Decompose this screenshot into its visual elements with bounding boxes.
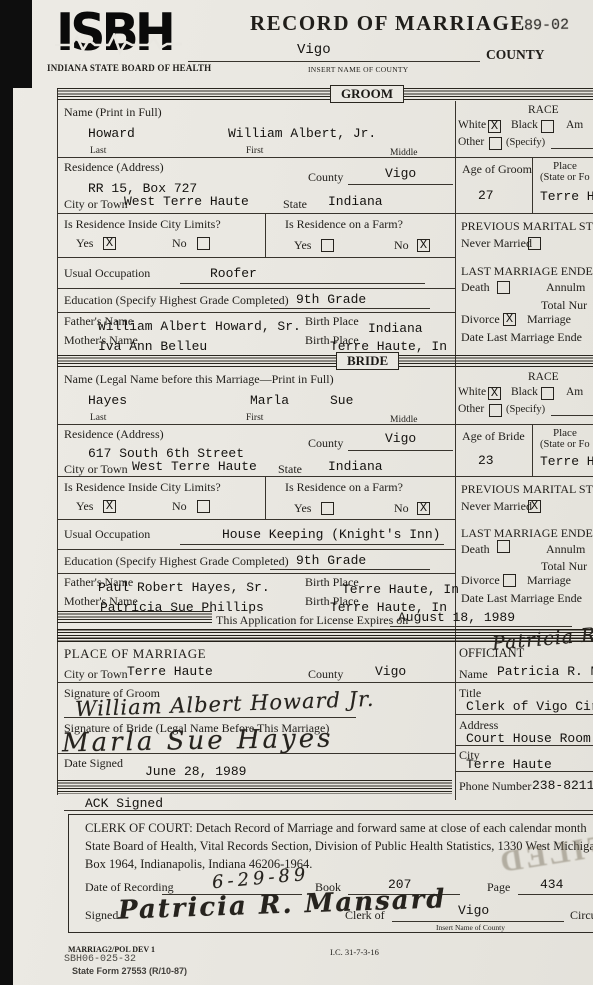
bride-section-band bbox=[57, 355, 593, 368]
groom-state-label: State bbox=[283, 197, 307, 212]
rule bbox=[518, 894, 593, 895]
bride-divorce-checkbox bbox=[503, 574, 516, 587]
indiana-code-reference: I.C. 31-7-3-16 bbox=[330, 947, 379, 957]
date-of-recording-label: Date of Recording bbox=[85, 880, 174, 895]
bride-death-checkbox bbox=[497, 540, 510, 553]
groom-death-checkbox bbox=[497, 281, 510, 294]
divider-band bbox=[57, 611, 212, 624]
bride-race-black-checkbox bbox=[541, 387, 554, 400]
groom-farm-label: Is Residence on a Farm? bbox=[285, 217, 403, 232]
marriage-label: Marriage bbox=[527, 312, 571, 327]
rule bbox=[57, 157, 593, 158]
race-white-label: White bbox=[458, 119, 486, 131]
bride-name-middle-value: Sue bbox=[330, 393, 353, 408]
rule bbox=[551, 415, 593, 416]
rule bbox=[64, 810, 593, 811]
divider-band bbox=[57, 780, 452, 794]
birth-place-label: Birth Place bbox=[305, 314, 359, 329]
marriage-label: Marriage bbox=[527, 573, 571, 588]
rule bbox=[455, 101, 456, 800]
bride-name-last-value: Hayes bbox=[88, 393, 127, 408]
place-of-marriage-title: PLACE OF MARRIAGE bbox=[64, 646, 206, 662]
groom-race-white-checkbox: X bbox=[488, 120, 501, 133]
no-label: No bbox=[172, 236, 187, 251]
bride-county-label: County bbox=[308, 436, 343, 451]
groom-mother-value: Iva Ann Belleu bbox=[98, 339, 207, 354]
bride-section-label: BRIDE bbox=[336, 352, 399, 370]
groom-never-married-checkbox bbox=[528, 237, 541, 250]
race-am-label: Am bbox=[566, 119, 583, 131]
birthplace-label-2: (State or Fo bbox=[540, 172, 590, 183]
death-label: Death bbox=[461, 280, 490, 295]
bride-limits-yes-checkbox: X bbox=[103, 500, 116, 513]
rule bbox=[57, 213, 593, 214]
marriage-county-label: County bbox=[308, 667, 343, 682]
bride-father-birthplace-value: Terre Haute, In bbox=[342, 582, 459, 597]
divorce-label: Divorce bbox=[461, 312, 500, 327]
groom-city-limits-label: Is Residence Inside City Limits? bbox=[64, 217, 221, 232]
groom-father-value: William Albert Howard, Sr. bbox=[98, 319, 301, 334]
rule bbox=[57, 519, 455, 520]
race-white-label: White bbox=[458, 386, 486, 398]
officiant-address-value: Court House Room 19 bbox=[466, 731, 593, 746]
groom-county-label: County bbox=[308, 170, 343, 185]
bride-farm-label: Is Residence on a Farm? bbox=[285, 480, 403, 495]
bride-farm-no-checkbox: X bbox=[417, 502, 430, 515]
bride-age-value: 23 bbox=[478, 453, 494, 468]
officiant-city-value: Terre Haute bbox=[466, 757, 552, 772]
birthplace-label-1: Place bbox=[553, 427, 577, 439]
officiant-name-value: Patricia R. Ma bbox=[497, 664, 593, 679]
rule bbox=[532, 424, 533, 476]
groom-race-black-checkbox bbox=[541, 120, 554, 133]
county-label: COUNTY bbox=[486, 47, 545, 63]
bride-never-married-checkbox: X bbox=[528, 500, 541, 513]
marriage-county-value: Vigo bbox=[375, 664, 406, 679]
bride-birthplace-value: Terre Ha bbox=[540, 454, 593, 469]
race-black-label: Black bbox=[511, 119, 538, 131]
license-expires-value: August 18, 1989 bbox=[398, 610, 515, 625]
rule bbox=[57, 682, 593, 683]
bride-name-first-value: Marla bbox=[250, 393, 289, 408]
page-label: Page bbox=[487, 880, 510, 895]
groom-section-label: GROOM bbox=[330, 85, 404, 103]
rule bbox=[348, 450, 453, 451]
race-other-label: Other bbox=[458, 403, 484, 415]
officiant-title-value: Clerk of Vigo Circu bbox=[466, 699, 593, 714]
rule bbox=[270, 569, 430, 570]
race-specify-label: (Specify) bbox=[506, 137, 545, 148]
race-other-label: Other bbox=[458, 136, 484, 148]
total-number-label: Total Nur bbox=[541, 298, 587, 313]
clerk-county-value: Vigo bbox=[458, 903, 489, 918]
groom-divorce-checkbox: X bbox=[503, 313, 516, 326]
rule bbox=[392, 921, 564, 922]
bride-city-limits-label: Is Residence Inside City Limits? bbox=[64, 480, 221, 495]
rule bbox=[455, 745, 593, 746]
date-signed-label: Date Signed bbox=[64, 756, 123, 771]
rule bbox=[390, 626, 572, 627]
never-married-label: Never Married bbox=[461, 499, 532, 514]
state-form-number: State Form 27553 (R/10-87) bbox=[72, 966, 187, 976]
bride-father-value: Paul Robert Hayes, Sr. bbox=[98, 580, 270, 595]
bride-county-value: Vigo bbox=[385, 431, 416, 446]
race-specify-label: (Specify) bbox=[506, 404, 545, 415]
rule bbox=[57, 88, 58, 795]
bride-name-label: Name (Legal Name before this Marriage—Pr… bbox=[64, 372, 334, 387]
groom-occupation-value: Roofer bbox=[210, 266, 257, 281]
groom-birthplace-value: Terre Ha bbox=[540, 189, 593, 204]
rule bbox=[57, 753, 455, 754]
no-label: No bbox=[394, 238, 409, 253]
death-label: Death bbox=[461, 542, 490, 557]
license-expires-label: This Application for License Expires on bbox=[216, 613, 408, 628]
bride-last-marriage-title: LAST MARRIAGE ENDE bbox=[461, 526, 593, 541]
phone-number-label: Phone Number bbox=[459, 779, 531, 794]
divorce-label: Divorce bbox=[461, 573, 500, 588]
groom-last-marriage-title: LAST MARRIAGE ENDE bbox=[461, 264, 593, 279]
marriage-record-document: ISBH INDIANA STATE BOARD OF HEALTH RECOR… bbox=[0, 0, 593, 985]
bride-education-value: 9th Grade bbox=[296, 553, 366, 568]
no-label: No bbox=[394, 501, 409, 516]
birthplace-label-1: Place bbox=[553, 160, 577, 172]
circuit-label: Circu bbox=[570, 908, 593, 923]
sub-label-last: Last bbox=[90, 146, 106, 156]
insert-county-hint: Insert Name of County bbox=[436, 923, 505, 932]
groom-education-label: Education (Specify Highest Grade Complet… bbox=[64, 293, 289, 308]
groom-education-value: 9th Grade bbox=[296, 292, 366, 307]
bride-prev-marital-title: PREVIOUS MARITAL ST bbox=[461, 482, 593, 497]
rule bbox=[57, 573, 455, 574]
rule bbox=[532, 157, 533, 213]
total-number-label: Total Nur bbox=[541, 559, 587, 574]
yes-label: Yes bbox=[76, 236, 93, 251]
groom-section-band bbox=[57, 88, 593, 101]
county-hint: INSERT NAME OF COUNTY bbox=[308, 65, 409, 74]
annulment-label: Annulm bbox=[546, 280, 585, 295]
groom-city-value: West Terre Haute bbox=[124, 194, 249, 209]
rule bbox=[57, 424, 593, 425]
rule bbox=[57, 312, 455, 313]
groom-city-label: City or Town bbox=[64, 197, 128, 212]
bride-state-value: Indiana bbox=[328, 459, 383, 474]
bride-residence-label: Residence (Address) bbox=[64, 427, 164, 442]
groom-residence-label: Residence (Address) bbox=[64, 160, 164, 175]
bride-city-value: West Terre Haute bbox=[132, 459, 257, 474]
batch-number: SBH06-025-32 bbox=[64, 954, 136, 965]
clerk-of-label: Clerk of bbox=[345, 908, 385, 923]
sub-label-first: First bbox=[246, 146, 263, 156]
groom-state-value: Indiana bbox=[328, 194, 383, 209]
yes-label: Yes bbox=[76, 499, 93, 514]
agency-name: INDIANA STATE BOARD OF HEALTH bbox=[47, 63, 211, 73]
groom-limits-no-checkbox bbox=[197, 237, 210, 250]
sub-label-first: First bbox=[246, 413, 263, 423]
bride-state-label: State bbox=[278, 462, 302, 477]
bride-occupation-label: Usual Occupation bbox=[64, 527, 150, 542]
scan-edge-corner bbox=[0, 0, 32, 88]
phone-number-value: 238-8211 bbox=[532, 778, 593, 793]
marriage-city-label: City or Town bbox=[64, 667, 128, 682]
never-married-label: Never Married bbox=[461, 236, 532, 251]
groom-name-first-value: William Albert, Jr. bbox=[228, 126, 376, 141]
groom-county-value: Vigo bbox=[385, 166, 416, 181]
rule bbox=[57, 549, 455, 550]
bride-race-other-checkbox bbox=[489, 404, 502, 417]
bride-farm-yes-checkbox bbox=[321, 502, 334, 515]
groom-farm-no-checkbox: X bbox=[417, 239, 430, 252]
document-title: RECORD OF MARRIAGE bbox=[250, 11, 526, 36]
bride-city-label: City or Town bbox=[64, 462, 128, 477]
rule bbox=[64, 717, 356, 718]
yes-label: Yes bbox=[294, 501, 311, 516]
header-county-value: Vigo bbox=[297, 42, 331, 58]
bride-age-label: Age of Bride bbox=[462, 429, 525, 444]
scan-edge-band bbox=[0, 0, 13, 985]
groom-prev-marital-title: PREVIOUS MARITAL ST bbox=[461, 219, 593, 234]
yes-label: Yes bbox=[294, 238, 311, 253]
rule bbox=[270, 308, 430, 309]
bride-race-white-checkbox: X bbox=[488, 387, 501, 400]
clerk-instructions-line1: CLERK OF COURT: Detach Record of Marriag… bbox=[85, 821, 587, 836]
sub-label-last: Last bbox=[90, 413, 106, 423]
rule bbox=[180, 283, 425, 284]
bride-limits-no-checkbox bbox=[197, 500, 210, 513]
date-signed-value: June 28, 1989 bbox=[145, 764, 246, 779]
page-value: 434 bbox=[540, 877, 563, 892]
date-last-marriage-label: Date Last Marriage Ende bbox=[461, 591, 582, 606]
race-title: RACE bbox=[528, 371, 559, 383]
ekg-line-icon bbox=[55, 33, 183, 55]
rule bbox=[265, 476, 266, 520]
groom-farm-yes-checkbox bbox=[321, 239, 334, 252]
officiant-name-label: Name bbox=[459, 667, 488, 682]
race-am-label: Am bbox=[566, 386, 583, 398]
rule bbox=[455, 771, 593, 772]
rule bbox=[180, 544, 444, 545]
groom-name-last-value: Howard bbox=[88, 126, 135, 141]
form-code: MARRIAG2/POL DEV 1 bbox=[68, 945, 155, 954]
rule bbox=[188, 61, 480, 62]
signed-label: Signed bbox=[85, 908, 118, 923]
annulment-label: Annulm bbox=[546, 542, 585, 557]
rule bbox=[348, 184, 453, 185]
groom-age-label: Age of Groom bbox=[462, 162, 532, 177]
race-black-label: Black bbox=[511, 386, 538, 398]
officiant-title: OFFICIANT bbox=[459, 646, 524, 661]
groom-race-other-checkbox bbox=[489, 137, 502, 150]
rule bbox=[57, 288, 455, 289]
bride-occupation-value: House Keeping (Knight's Inn) bbox=[222, 527, 440, 542]
rule bbox=[57, 476, 593, 477]
rule bbox=[57, 257, 455, 258]
birthplace-label-2: (State or Fo bbox=[540, 439, 590, 450]
file-number-stamp: 89-02 bbox=[524, 17, 569, 35]
rule bbox=[455, 714, 593, 715]
groom-limits-yes-checkbox: X bbox=[103, 237, 116, 250]
no-label: No bbox=[172, 499, 187, 514]
marriage-city-value: Terre Haute bbox=[127, 664, 213, 679]
bride-education-label: Education (Specify Highest Grade Complet… bbox=[64, 554, 289, 569]
ack-signed-note: ACK Signed bbox=[85, 796, 163, 811]
date-last-marriage-label: Date Last Marriage Ende bbox=[461, 330, 582, 345]
rule bbox=[551, 148, 593, 149]
groom-age-value: 27 bbox=[478, 188, 494, 203]
groom-name-label: Name (Print in Full) bbox=[64, 105, 162, 120]
rule bbox=[265, 213, 266, 258]
race-title: RACE bbox=[528, 104, 559, 116]
groom-occupation-label: Usual Occupation bbox=[64, 266, 150, 281]
groom-father-birthplace-value: Indiana bbox=[368, 321, 423, 336]
